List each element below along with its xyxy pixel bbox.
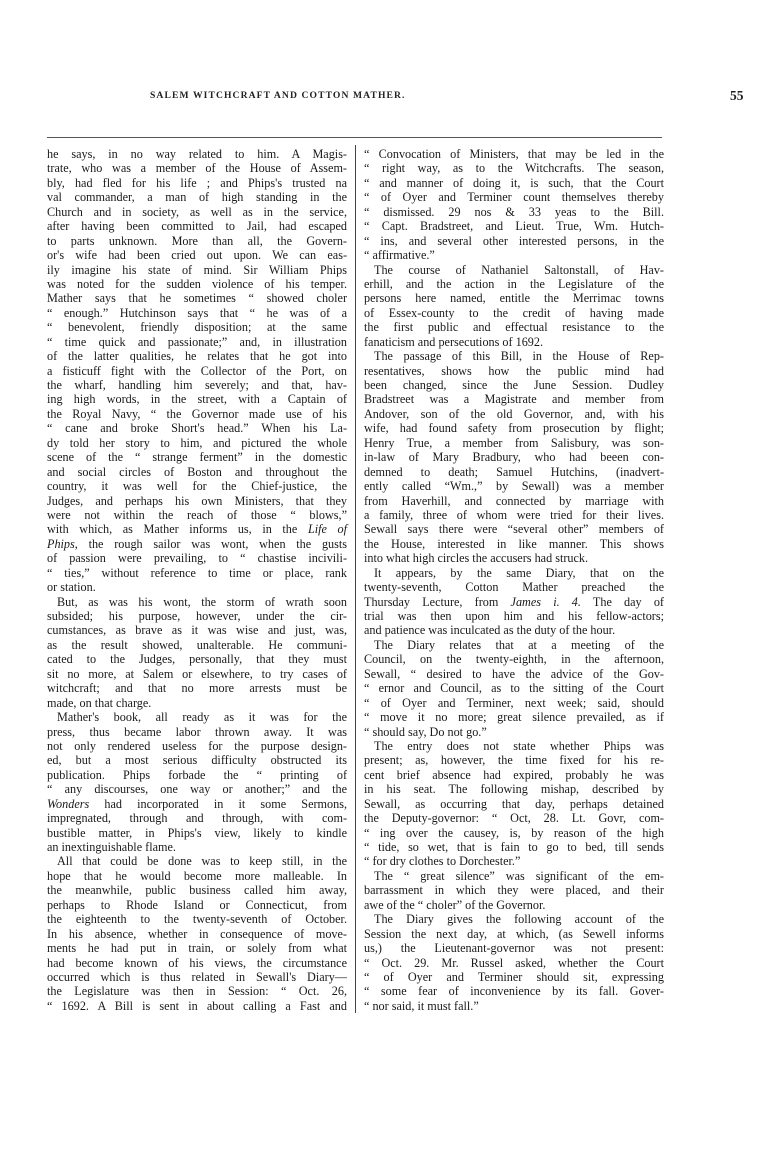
text-line: “ 1692. A Bill is sent in about calling … [47, 999, 347, 1013]
text-line: and social circles of Boston and through… [47, 465, 347, 479]
text-line: “ Capt. Bradstreet, and Lieut. True, Wm.… [364, 219, 664, 233]
text-line: the wharf, handling him severely; and th… [47, 378, 347, 392]
text-line: ed, but a most serious difficulty obstru… [47, 753, 347, 767]
text-line: the Royal Navy, “ the Governor made use … [47, 407, 347, 421]
text-line: not only rendered useless for the purpos… [47, 739, 347, 753]
text-line: was noted for the sudden violence of his… [47, 277, 347, 291]
text-line: cumstances, as brave as it was wise and … [47, 623, 347, 637]
text-line: perhaps to Rhode Island or Connecticut, … [47, 898, 347, 912]
text-line: val commander, a man of high standing in… [47, 190, 347, 204]
text-line: “ time quick and passionate;” and, in il… [47, 335, 347, 349]
text-line: twenty-seventh, Cotton Mather preached t… [364, 580, 664, 594]
text-line: persons here named, entitle the Merrimac… [364, 291, 664, 305]
text-line: cated to the Judges, personally, that th… [47, 652, 347, 666]
text-line: the eighteenth to the twenty-seventh of … [47, 912, 347, 926]
text-line: “ Convocation of Ministers, that may be … [364, 147, 664, 161]
page-number: 55 [730, 88, 744, 104]
text-line: Council, on the twenty-eighth, in the af… [364, 652, 664, 666]
text-line: “ some fear of inconvenience by its fall… [364, 984, 664, 998]
text-line: The “ great silence” was significant of … [364, 869, 664, 883]
text-line: trate, who was a member of the House of … [47, 161, 347, 175]
text-line: in his seat. The following mishap, descr… [364, 782, 664, 796]
text-line: “ any discourses, one way or another;” a… [47, 782, 347, 796]
text-line: But, as was his wont, the storm of wrath… [47, 595, 347, 609]
text-line: Church and in society, as well as in the… [47, 205, 347, 219]
text-line: Mather's book, all ready as it was for t… [47, 710, 347, 724]
text-line: country, it was well for the Chief-justi… [47, 479, 347, 493]
text-line: Henry True, a member from Salisbury, was… [364, 436, 664, 450]
italic-title: Phips [47, 537, 75, 551]
text-line: or station. [47, 580, 347, 594]
text-line: as the result showed, unalterable. He co… [47, 638, 347, 652]
text-line: “ ins, and several other interested pers… [364, 234, 664, 248]
text-line: “ cane and broke Short's head.” When his… [47, 421, 347, 435]
text-line: “ nor said, it must fall.” [364, 999, 664, 1013]
italic-title: James i. 4. [511, 595, 581, 609]
text-line: of passion were prevailing, to “ chastis… [47, 551, 347, 565]
text-line: dy told her story to him, and pictured t… [47, 436, 347, 450]
text-line: ently called “Wm.,” by Sewall) was a mem… [364, 479, 664, 493]
text-line: the Legislature was then in Session: “ O… [47, 984, 347, 998]
text-line: cent brief absence had expired, probably… [364, 768, 664, 782]
running-title: SALEM WITCHCRAFT AND COTTON MATHER. [150, 90, 406, 101]
right-column: “ Convocation of Ministers, that may be … [364, 147, 664, 1013]
text-line: “ for dry clothes to Dorchester.” [364, 854, 664, 868]
text-line: “ of Oyer and Terminer count themselves … [364, 190, 664, 204]
text-line: “ and manner of doing it, is such, that … [364, 176, 664, 190]
text-line: scene of the “ strange ferment” in the d… [47, 450, 347, 464]
text-line: The passage of this Bill, in the House o… [364, 349, 664, 363]
text-line: “ ernor and Council, as to the sitting o… [364, 681, 664, 695]
text-line: “ dismissed. 29 nos & 33 yeas to the Bil… [364, 205, 664, 219]
text-line: Sewall says there were “several other” m… [364, 522, 664, 536]
text-line: erhill, and the action in the Legislatur… [364, 277, 664, 291]
text-line: had become known of his views, the circu… [47, 956, 347, 970]
text-line: sit no more, at Salem or elsewhere, to t… [47, 667, 347, 681]
text-line: trial was then upon him and his fellow-a… [364, 609, 664, 623]
running-head: SALEM WITCHCRAFT AND COTTON MATHER. 55 [0, 88, 776, 104]
text-line: bly, had fled for his life ; and Phips's… [47, 176, 347, 190]
text-line: of the latter qualities, he relates that… [47, 349, 347, 363]
text-line: “ ties,” without reference to time or pl… [47, 566, 347, 580]
text-line: with which, as Mather informs us, in the… [47, 522, 347, 536]
text-line: of Essex-county to the credit of having … [364, 306, 664, 320]
text-line: an inextinguishable flame. [47, 840, 347, 854]
text-line: Wonders had incorporated in it some Serm… [47, 797, 347, 811]
text-line: The Diary gives the following account of… [364, 912, 664, 926]
text-line: resentatives, shows how the public mind … [364, 364, 664, 378]
text-line: “ Oct. 29. Mr. Russel asked, whether the… [364, 956, 664, 970]
text-line: Andover, son of the old Governor, and, w… [364, 407, 664, 421]
text-line: The course of Nathaniel Saltonstall, of … [364, 263, 664, 277]
text-line: Judges, and perhaps his own Ministers, t… [47, 494, 347, 508]
text-line: Bradstreet was a Magistrate and member f… [364, 392, 664, 406]
text-line: after having been committed to Jail, had… [47, 219, 347, 233]
text-line: the meanwhile, public business called hi… [47, 883, 347, 897]
text-line: Sewall, as occurring that day, perhaps d… [364, 797, 664, 811]
text-line: the Deputy-governor: “ Oct, 28. Lt. Govr… [364, 811, 664, 825]
text-line: occurred which is thus related in Sewall… [47, 970, 347, 984]
text-line: “ move it no more; great silence prevail… [364, 710, 664, 724]
text-line: Session the next day, at which, (as Sewe… [364, 927, 664, 941]
text-line: “ right way, as to the Witchcrafts. The … [364, 161, 664, 175]
text-line: been changed, since the June Session. Du… [364, 378, 664, 392]
text-line: fanaticism and persecutions of 1692. [364, 335, 664, 349]
column-divider [355, 145, 356, 1013]
text-line: impregnated, through and through, with c… [47, 811, 347, 825]
text-line: The entry does not state whether Phips w… [364, 739, 664, 753]
text-line: and patience was inculcated as the duty … [364, 623, 664, 637]
text-line: made, on that charge. [47, 696, 347, 710]
text-line: “ of Oyer and Terminer should sit, expre… [364, 970, 664, 984]
text-line: In his absence, whether in consequence o… [47, 927, 347, 941]
text-line: It appears, by the same Diary, that on t… [364, 566, 664, 580]
text-line: ments he had put in train, or solely fro… [47, 941, 347, 955]
text-line: in-law of Mary Bradbury, who had beeen c… [364, 450, 664, 464]
text-line: Phips, the rough sailor was wont, when t… [47, 537, 347, 551]
text-line: a fisticuff fight with the Collector of … [47, 364, 347, 378]
text-line: present; as, however, the time fixed for… [364, 753, 664, 767]
text-line: “ enough.” Hutchinson says that “ he was… [47, 306, 347, 320]
text-line: publication. Phips forbade the “ printin… [47, 768, 347, 782]
text-line: the House, interested in like manner. Th… [364, 537, 664, 551]
italic-title: Wonders [47, 797, 89, 811]
text-line: “ ing over the causey, is, by reason of … [364, 826, 664, 840]
text-line: “ affirmative.” [364, 248, 664, 262]
text-line: were not within the reach of those “ blo… [47, 508, 347, 522]
left-column: he says, in no way related to him. A Mag… [47, 147, 347, 1013]
text-line: into what high circles the accusers had … [364, 551, 664, 565]
text-line: wife, had found safety from prosecution … [364, 421, 664, 435]
text-line: Thursday Lecture, from James i. 4. The d… [364, 595, 664, 609]
text-line: Mather says that he sometimes “ showed c… [47, 291, 347, 305]
text-line: press, thus became labor thrown away. It… [47, 725, 347, 739]
text-line: or's wife had been cried out upon. We ca… [47, 248, 347, 262]
text-line: from Haverhill, and connected by marriag… [364, 494, 664, 508]
text-line: the first public and effectual resistanc… [364, 320, 664, 334]
text-line: The Diary relates that at a meeting of t… [364, 638, 664, 652]
text-line: “ of Oyer and Terminer, next week; said,… [364, 696, 664, 710]
text-line: to parts unknown. More than all, the Gov… [47, 234, 347, 248]
text-line: a family, three of whom were tried for t… [364, 508, 664, 522]
text-line: barrassment in which they were placed, a… [364, 883, 664, 897]
text-line: Sewall, “ desired to have the advice of … [364, 667, 664, 681]
text-line: witchcraft; and that no more arrests mus… [47, 681, 347, 695]
text-line: “ tide, so wet, that is fain to go to be… [364, 840, 664, 854]
text-line: “ benevolent, friendly disposition; at t… [47, 320, 347, 334]
text-line: demned to death; Samuel Hutchins, (inadv… [364, 465, 664, 479]
text-line: subsided; his purpose, however, under th… [47, 609, 347, 623]
text-line: All that could be done was to keep still… [47, 854, 347, 868]
text-line: ily imagine his state of mind. Sir Willi… [47, 263, 347, 277]
text-line: “ should say, Do not go.” [364, 725, 664, 739]
italic-title: Life of [308, 522, 347, 536]
text-line: ing high words, in the street, with a Ca… [47, 392, 347, 406]
text-line: hope that he would become more malleable… [47, 869, 347, 883]
text-line: bustible matter, in Phips's view, likely… [47, 826, 347, 840]
text-line: awe of the “ choler” of the Governor. [364, 898, 664, 912]
text-line: he says, in no way related to him. A Mag… [47, 147, 347, 161]
header-rule [47, 137, 662, 138]
text-line: us,) the Lieutenant-governor was not pre… [364, 941, 664, 955]
